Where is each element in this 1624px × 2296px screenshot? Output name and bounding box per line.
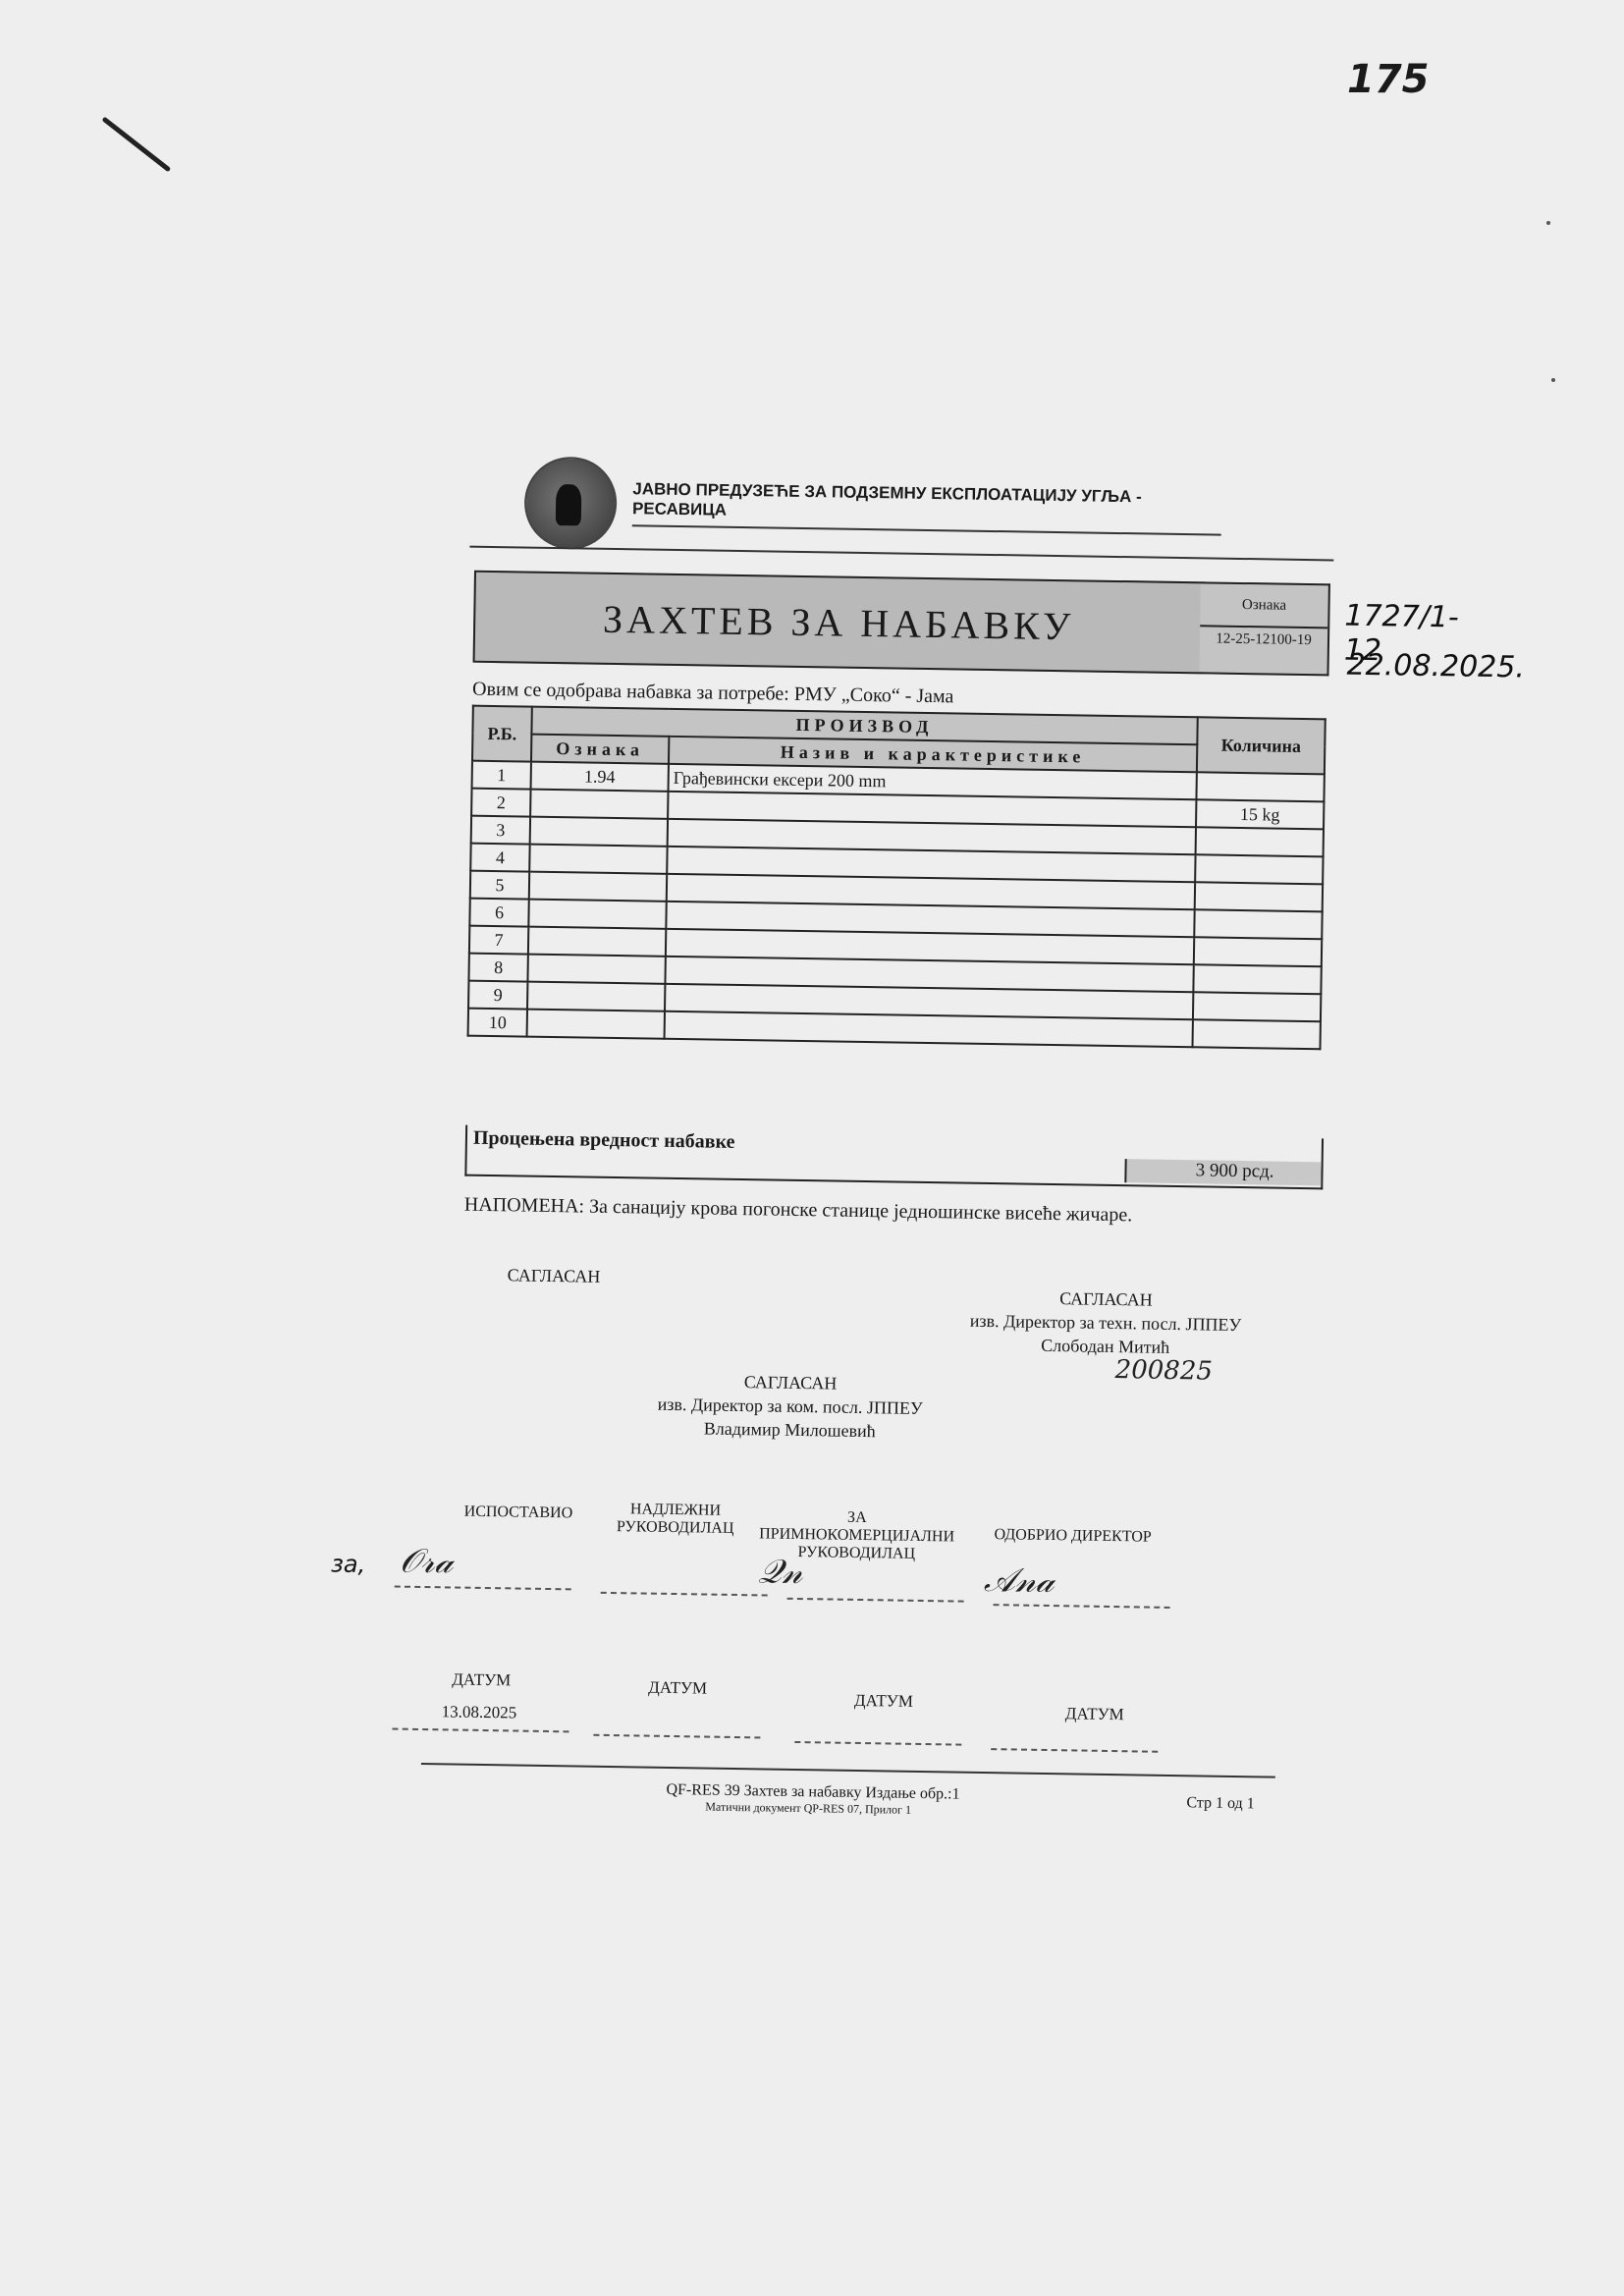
signature-issuer: 𝒪𝓇𝒶	[400, 1542, 454, 1582]
cell-qty	[1196, 772, 1324, 801]
cell-qty	[1192, 1019, 1320, 1049]
footer-page: Стр 1 од 1	[1186, 1794, 1255, 1813]
date-line	[991, 1748, 1158, 1753]
scan-dot	[1551, 378, 1555, 382]
procurement-request-document: ЈАВНО ПРЕДУЗЕЋЕ ЗА ПОДЗЕМНУ ЕКСПЛОАТАЦИЈ…	[410, 447, 1335, 1835]
scan-dot	[1546, 221, 1550, 225]
cell-qty	[1193, 992, 1321, 1021]
col-qty: Количина	[1197, 717, 1326, 774]
date-label: ДАТУМ	[854, 1691, 913, 1712]
cell-qty	[1194, 937, 1322, 966]
cell-qty	[1196, 827, 1324, 856]
scan-mark	[101, 117, 171, 173]
cell-rb: 2	[471, 789, 530, 817]
signature-line	[601, 1592, 768, 1597]
approval-1-status: САГЛАСАН	[508, 1263, 601, 1287]
cell-rb: 8	[468, 954, 527, 982]
footer-divider	[421, 1763, 1275, 1778]
cell-qty	[1195, 882, 1323, 911]
signature-line	[787, 1598, 964, 1603]
cell-rb: 3	[471, 816, 530, 845]
signature-line	[395, 1586, 571, 1591]
cell-code	[529, 872, 667, 902]
cell-rb: 4	[470, 844, 529, 872]
cell-code	[527, 982, 665, 1011]
cell-code	[528, 927, 666, 957]
approval-2-handwritten-date: 200825	[1046, 1357, 1281, 1385]
cell-code	[530, 817, 668, 847]
cell-code	[528, 900, 666, 929]
footer-master-doc: Матични документ QP-RES 07, Прилог 1	[705, 1800, 911, 1818]
role-issued-by: ИСПОСТАВИО	[440, 1503, 597, 1523]
code-label: Ознака	[1200, 583, 1328, 629]
cell-code	[527, 1010, 665, 1039]
total-value: 3 900 рсд.	[1124, 1159, 1321, 1185]
cell-qty	[1193, 964, 1321, 994]
approval-3: САГЛАСАН изв. Директор за ком. посл. ЈПП…	[613, 1368, 967, 1445]
role-approved-director: ОДОБРИО ДИРЕКТОР	[985, 1526, 1162, 1547]
note: НАПОМЕНА: За санацију крова погонске ста…	[464, 1194, 1133, 1228]
date-line	[794, 1741, 961, 1746]
handwritten-date: 22.08.2025.	[1346, 648, 1525, 685]
role-responsible-manager: НАДЛЕЖНИ РУКОВОДИЛАЦ	[607, 1501, 745, 1538]
date-value-issuer: 13.08.2025	[442, 1702, 517, 1722]
cell-code	[527, 955, 665, 984]
cell-rb: 1	[472, 761, 531, 790]
header-divider	[469, 546, 1333, 562]
signature-commercial: 𝒬𝓃	[758, 1552, 803, 1592]
document-title: ЗАХТЕВ ЗА НАБАВКУ	[473, 571, 1205, 675]
col-code: Ознака	[531, 735, 669, 764]
signature-line	[994, 1604, 1170, 1609]
date-label: ДАТУМ	[1065, 1704, 1124, 1724]
date-line	[392, 1728, 568, 1733]
cell-rb: 9	[468, 981, 527, 1010]
cell-qty	[1194, 909, 1322, 939]
cell-rb: 5	[470, 871, 529, 900]
signature-director: 𝒜𝓃𝒶	[984, 1560, 1055, 1601]
organization-name: ЈАВНО ПРЕДУЗЕЋЕ ЗА ПОДЗЕМНУ ЕКСПЛОАТАЦИЈ…	[632, 479, 1222, 535]
date-line	[593, 1734, 760, 1739]
document-code-box: Ознака 12-25-12100-19	[1199, 581, 1329, 676]
items-table: Р.Б. ПРОИЗВОД Количина Ознака Назив и ка…	[467, 705, 1326, 1051]
cell-rb: 7	[469, 926, 528, 955]
cell-rb: 6	[469, 899, 528, 927]
cell-code	[530, 790, 668, 819]
cell-code: 1.94	[531, 762, 669, 792]
signature-prefix: за,	[331, 1551, 366, 1579]
col-rb: Р.Б.	[472, 706, 532, 762]
approval-2: САГЛАСАН изв. Директор за техн. посл. ЈП…	[928, 1285, 1282, 1385]
approval-line: Овим се одобрава набавка за потребе: РМУ…	[472, 679, 954, 709]
cell-qty	[1195, 854, 1323, 884]
estimated-value-row: Процењена вредност набавке 3 900 рсд.	[464, 1125, 1324, 1190]
date-label: ДАТУМ	[452, 1669, 511, 1690]
cell-code	[529, 845, 667, 874]
code-value: 12-25-12100-19	[1200, 627, 1327, 650]
total-label: Процењена вредност набавке	[473, 1127, 735, 1154]
handwritten-page-number: 175	[1347, 57, 1430, 102]
date-label: ДАТУМ	[648, 1678, 707, 1699]
company-logo	[523, 456, 617, 549]
cell-rb: 10	[468, 1009, 527, 1037]
cell-qty: 15 kg	[1196, 799, 1324, 829]
